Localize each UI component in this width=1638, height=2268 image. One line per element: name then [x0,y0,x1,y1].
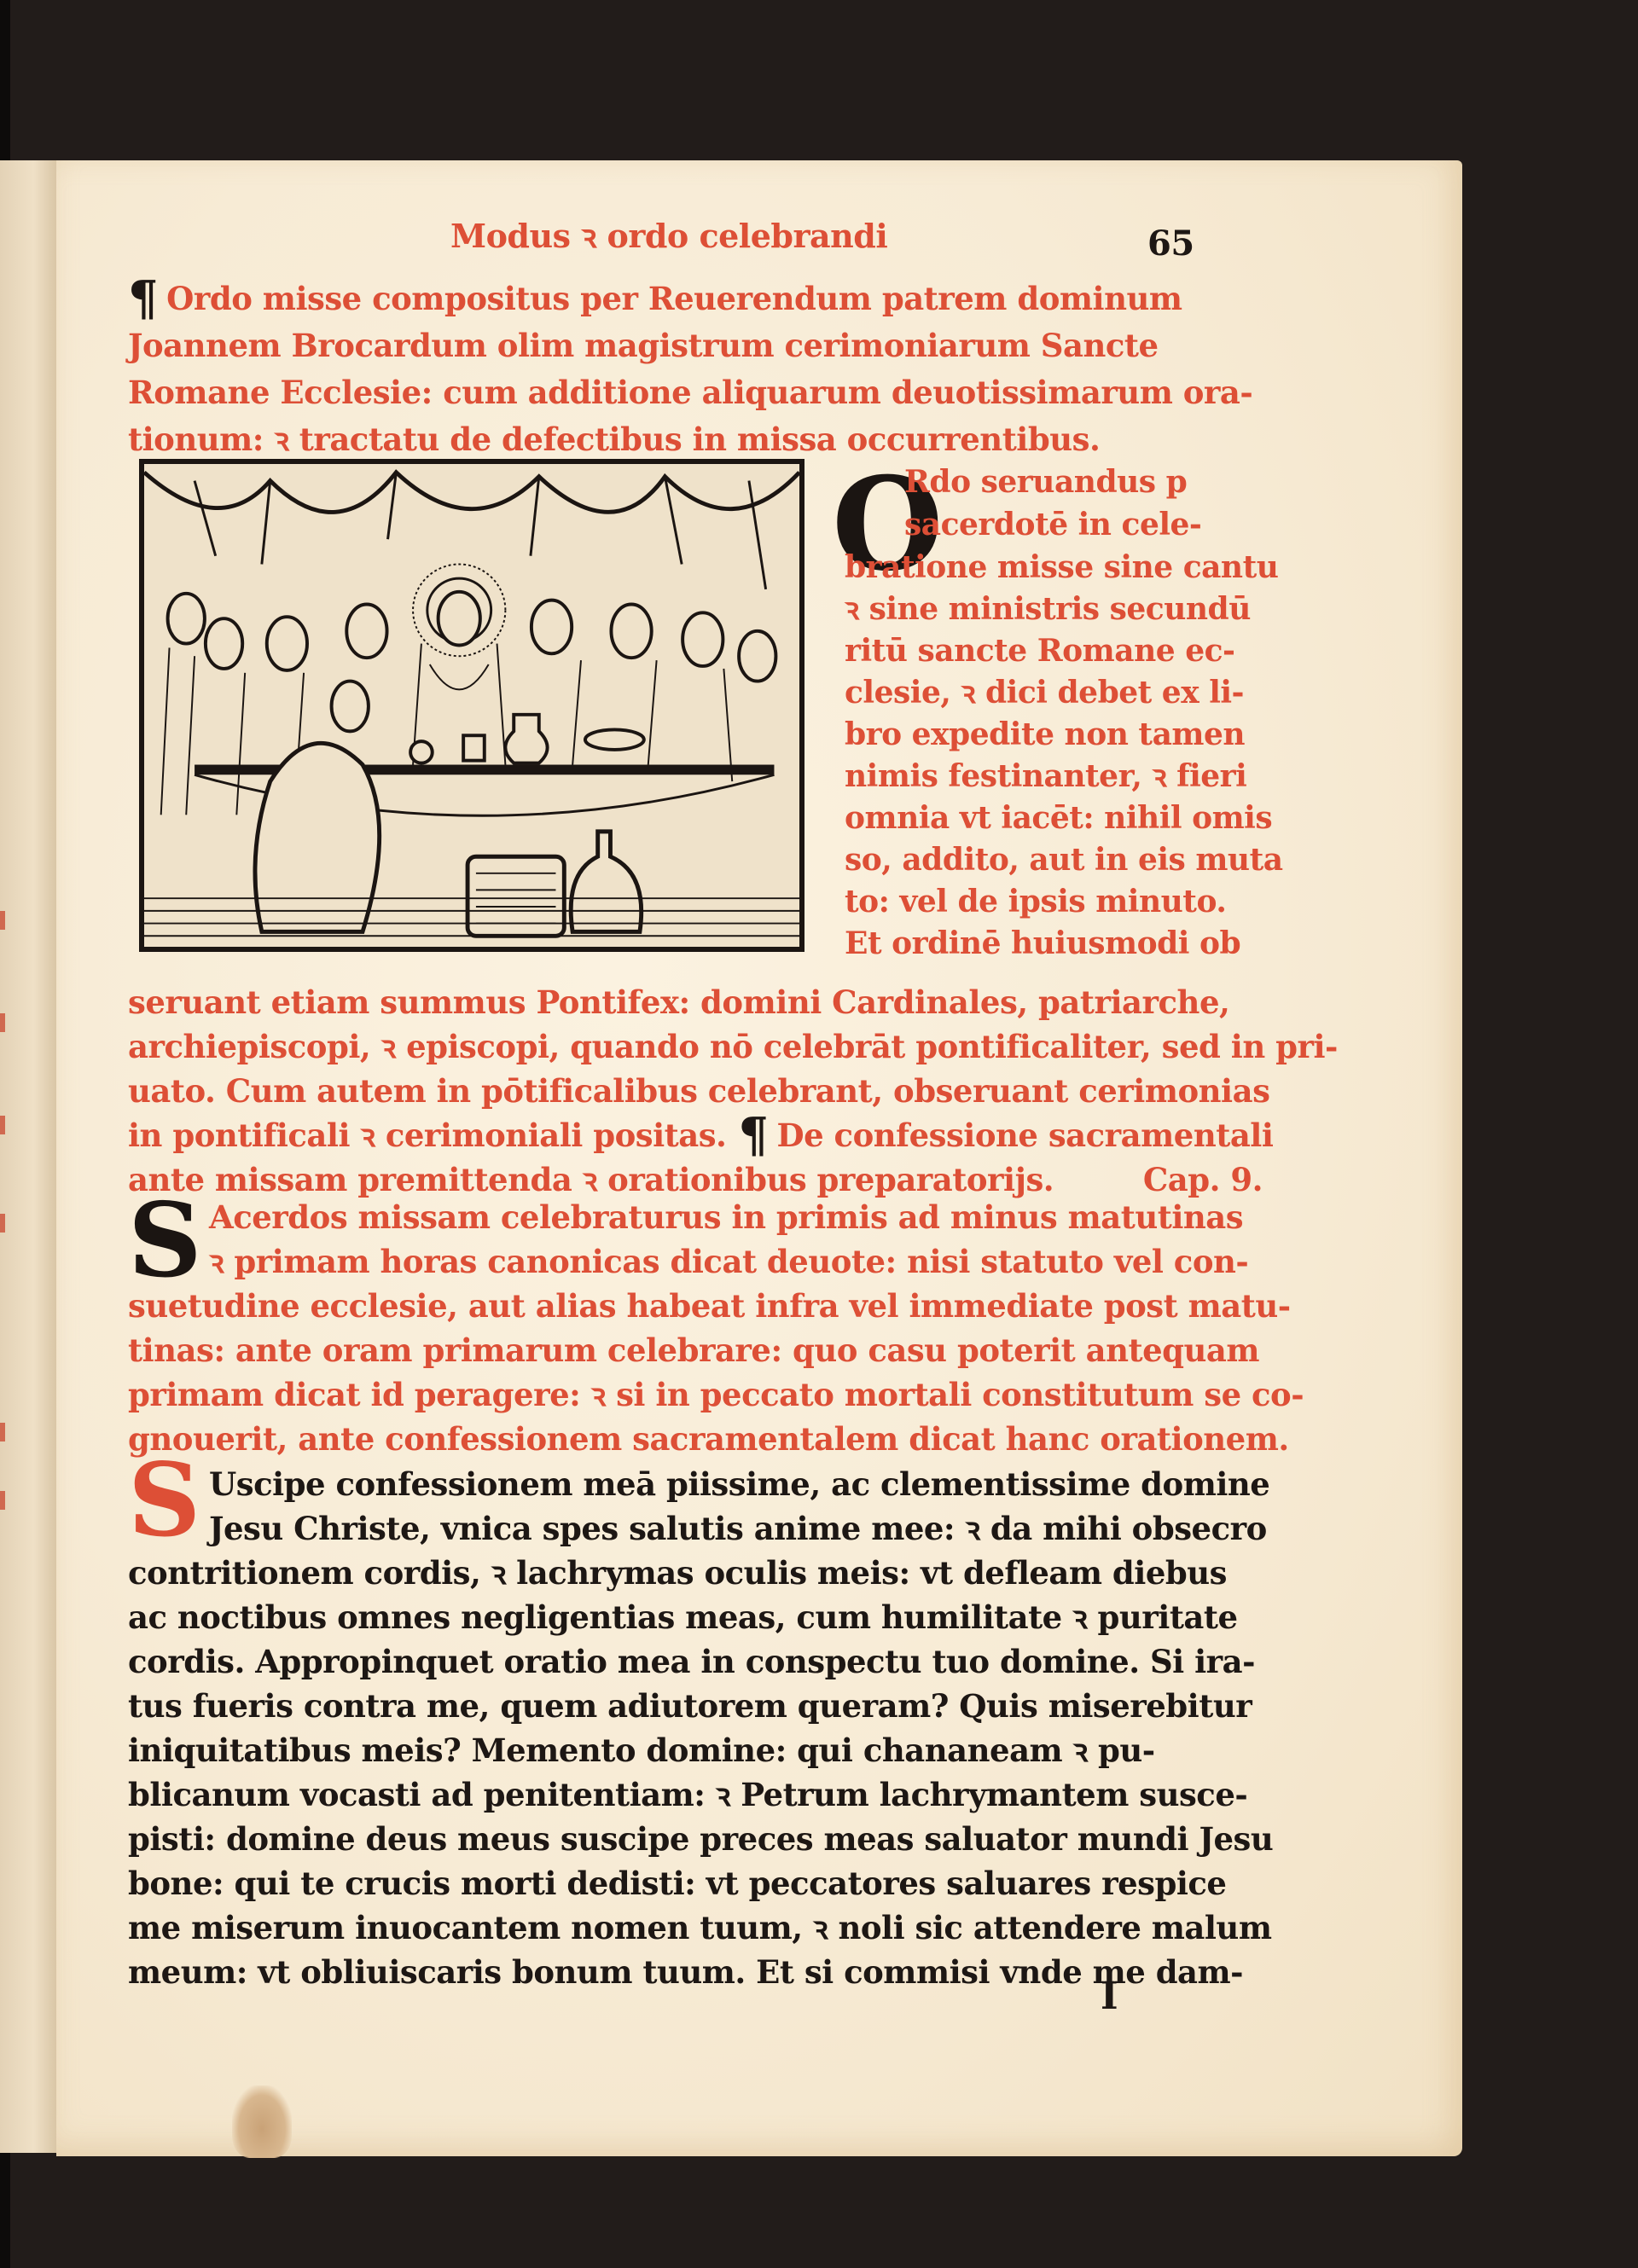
text-line: iniquitatibus meis? Memento domine: qui … [128,1729,1263,1772]
chapter-heading: ¶ De confessione sacramentali [738,1114,1273,1157]
previous-leaf-edge [0,160,58,2153]
text-line: me miserum inuocantem nomen tuum, ꝛ noli… [128,1906,1263,1949]
column-line: ritū sancte Romane ec- [845,629,1263,672]
title-line: tionum: ꝛ tractatu de defectibus in miss… [128,418,1100,461]
text-line: archiepiscopi, ꝛ episcopi, quando nō cel… [128,1025,1263,1068]
text-line: bone: qui te crucis morti dedisti: vt pe… [128,1862,1263,1905]
water-stain [232,2085,292,2158]
initial-letter-s: S [128,1190,202,1292]
red-ink-bleed [0,911,5,930]
title-line: Joannem Brocardum olim magistrum cerimon… [128,324,1263,367]
text-line: primam dicat id peragere: ꝛ si in peccat… [128,1373,1263,1416]
red-ink-bleed [0,1423,5,1441]
text-line: Uscipe confessionem meā piissime, ac cle… [209,1463,1263,1505]
text-line: contritionem cordis, ꝛ lachrymas oculis … [128,1552,1263,1594]
column-line: to: vel de ipsis minuto. [845,880,1263,923]
red-ink-bleed [0,1214,5,1233]
text-line: blicanum vocasti ad penitentiam: ꝛ Petru… [128,1773,1263,1816]
text-line: cordis. Appropinquet oratio mea in consp… [128,1640,1263,1683]
initial-letter-s-red: S [128,1450,200,1551]
column-line: clesie, ꝛ dici debet ex li- [845,671,1263,714]
text-line: gnouerit, ante confessionem sacramentale… [128,1418,1263,1460]
title-line: ¶ Ordo misse compositus per Reuerendum p… [128,277,1263,320]
chapter-label: Cap. 9. [1143,1158,1263,1201]
text-line: seruant etiam summus Pontifex: domini Ca… [128,981,1263,1024]
running-head: Modus ꝛ ordo celebrandi [450,213,887,258]
text-line: tus fueris contra me, quem adiutorem que… [128,1685,1263,1727]
column-line: sacerdotē in cele- [904,503,1263,546]
text-line: meum: vt obliuiscaris bonum tuum. Et si … [128,1951,1263,1993]
column-line: omnia vt iacēt: nihil omis [845,797,1263,839]
last-supper-woodcut [139,459,804,952]
text-line: ꝛ primam horas canonicas dicat deuote: n… [209,1240,1263,1283]
folio-number: 65 [1147,223,1194,264]
pilcrow-icon: ¶ [128,277,158,320]
column-line: Et ordinē huiusmodi ob [845,922,1263,965]
woodcut-illustration-icon [144,464,799,947]
title-line: Romane Ecclesie: cum additione aliquarum… [128,371,1263,414]
text-line: Jesu Christe, vnica spes salutis anime m… [209,1507,1263,1550]
column-line: Rdo seruandus p [904,461,1263,503]
column-line: nimis festinanter, ꝛ fieri [845,755,1263,798]
text-line: suetudine ecclesie, aut alias habeat inf… [128,1285,1263,1327]
red-ink-bleed [0,1491,5,1510]
column-line: so, addito, aut in eis muta [845,838,1263,881]
column-line: bratione misse sine cantu [845,546,1263,589]
text-line: Acerdos missam celebraturus in primis ad… [209,1196,1263,1238]
column-line: ꝛ sine ministris secundū [845,588,1263,630]
signature-mark: I [1101,1975,1118,2018]
pilcrow-icon: ¶ [738,1114,768,1157]
red-ink-bleed [0,1013,5,1032]
text-line: ac noctibus omnes negligentias meas, cum… [128,1596,1263,1639]
text-line: uato. Cum autem in pōtificalibus celebra… [128,1070,1263,1112]
column-line: bro expedite non tamen [845,713,1263,756]
red-ink-bleed [0,1116,5,1134]
text-line: in pontificali ꝛ cerimoniali positas. ¶ … [128,1114,1263,1157]
chapter-heading-line: ante missam premittenda ꝛ orationibus pr… [128,1158,1263,1201]
text-line: pisti: domine deus meus suscipe preces m… [128,1818,1263,1860]
text-line: tinas: ante oram primarum celebrare: quo… [128,1329,1263,1372]
